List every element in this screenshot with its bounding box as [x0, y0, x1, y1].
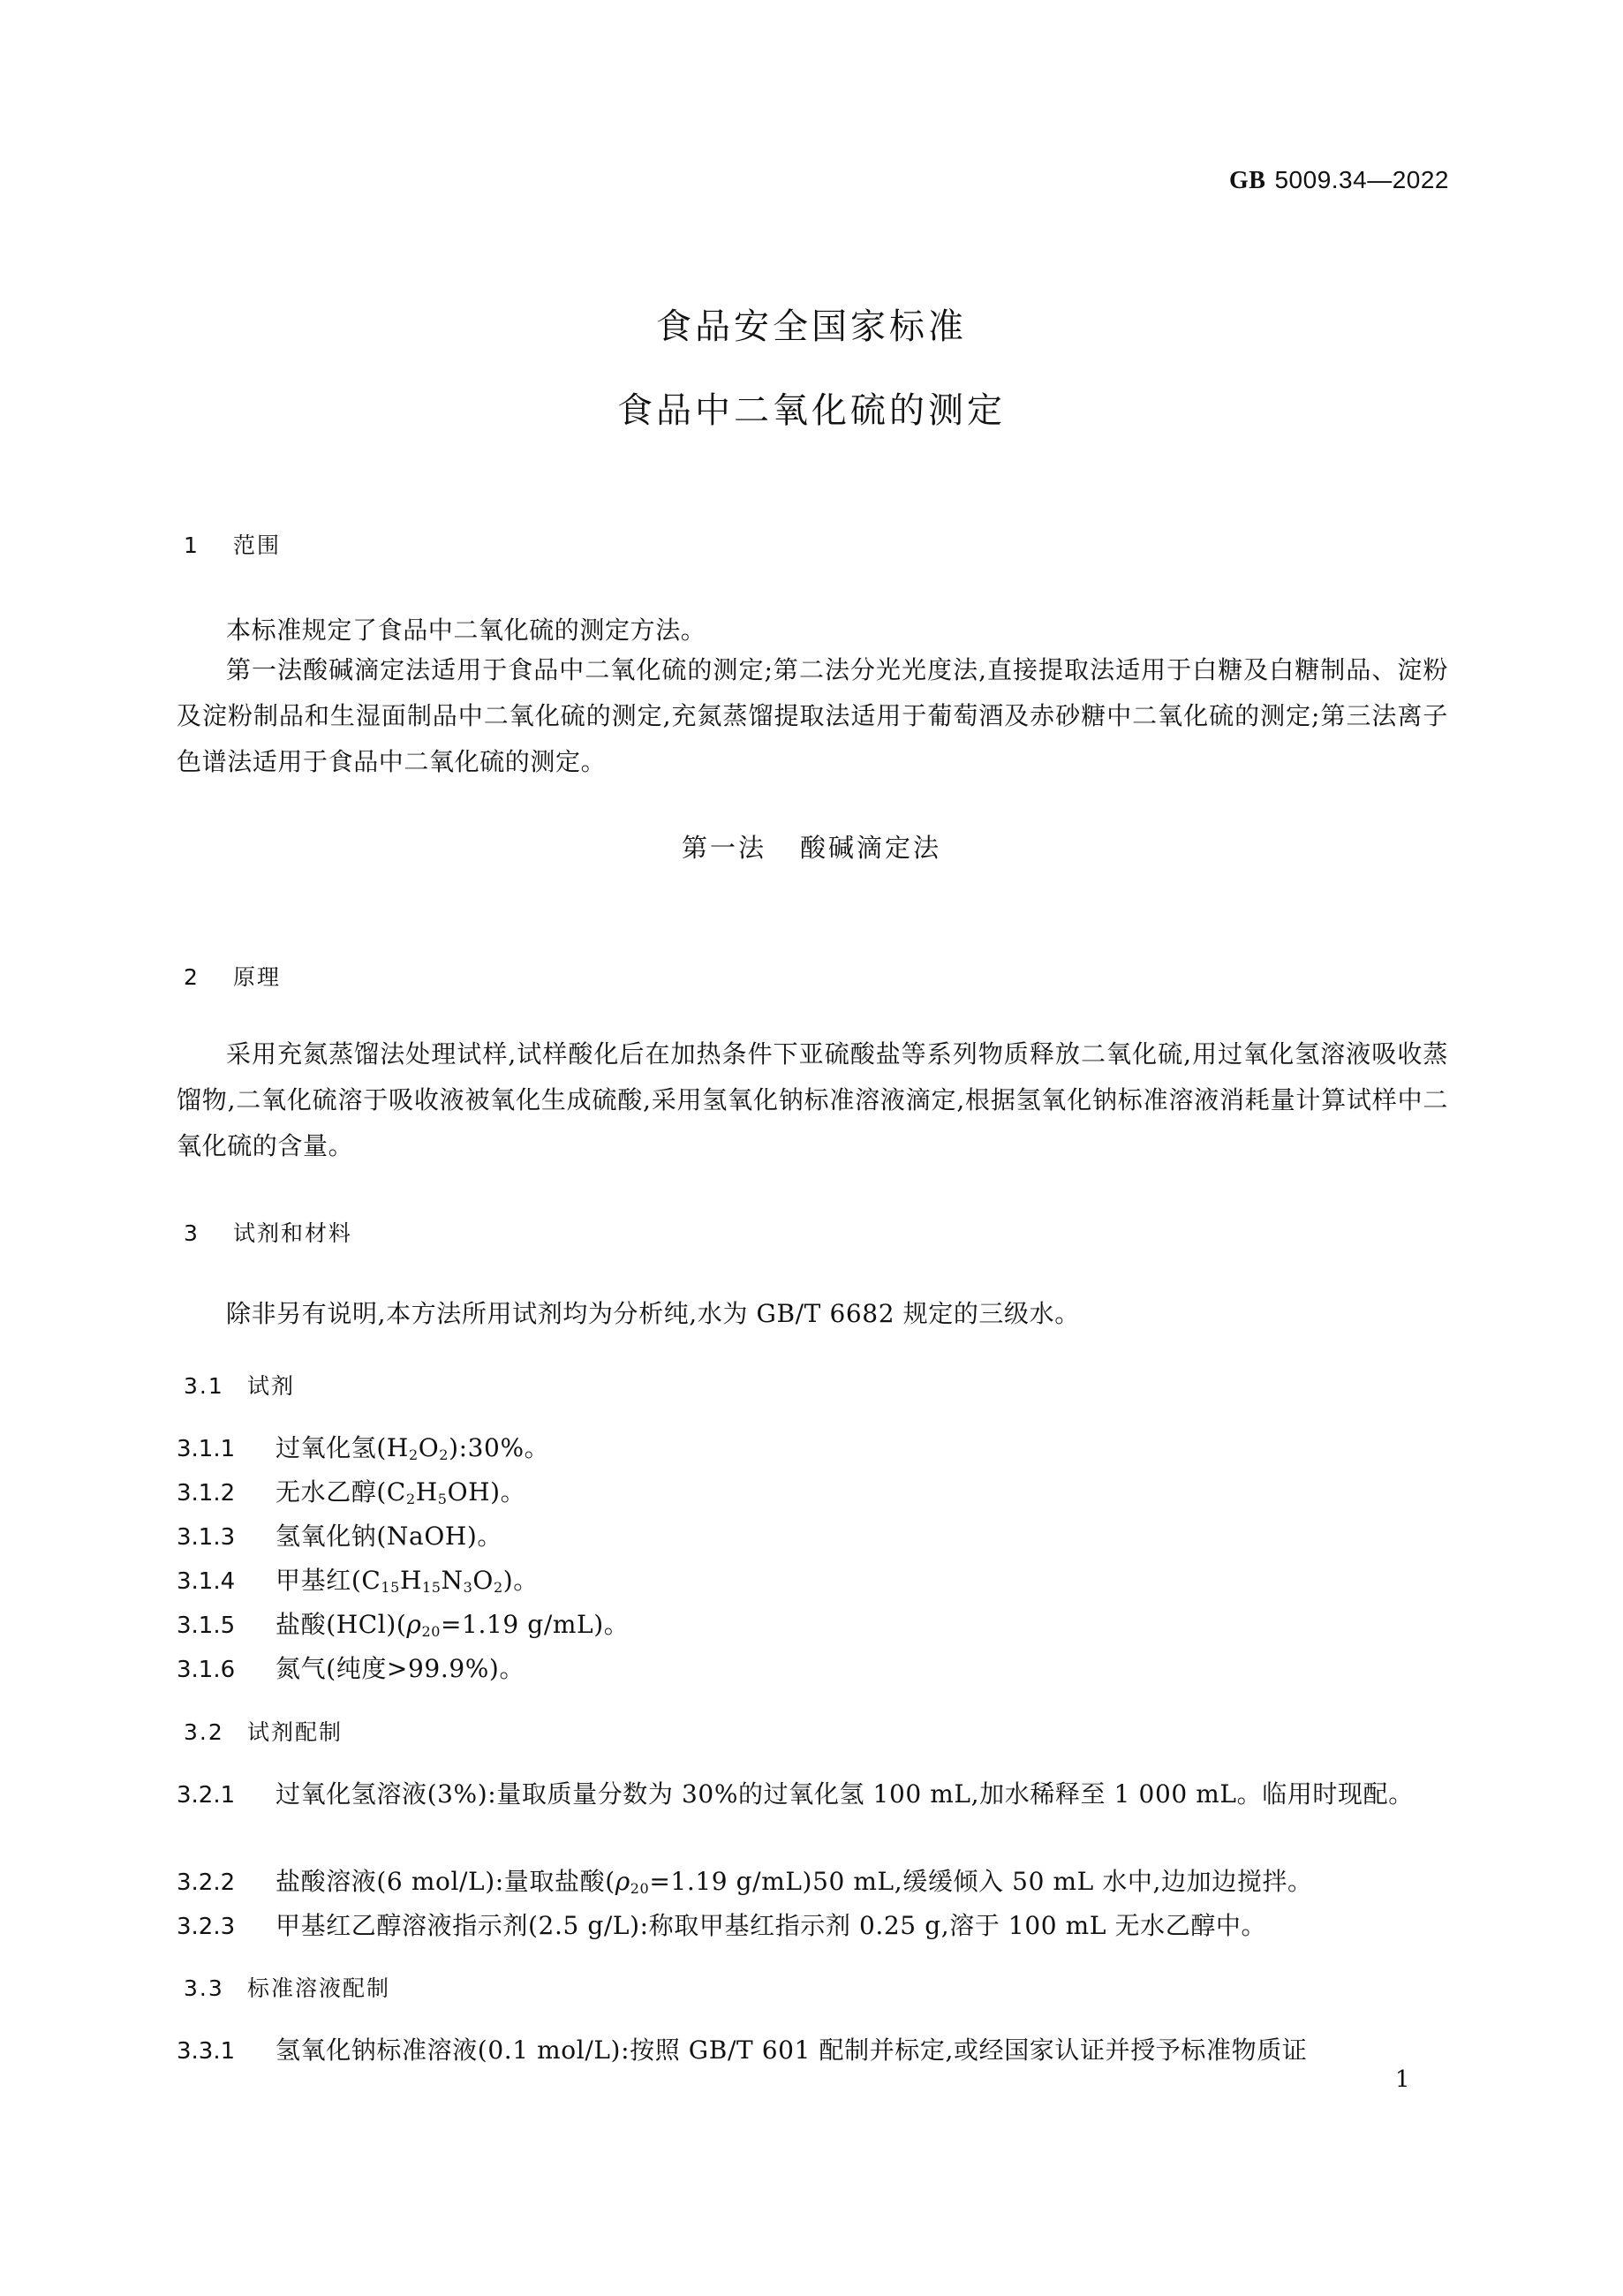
reagent-formula: (NaOH)。	[376, 1522, 502, 1551]
section-number: 3	[184, 1220, 233, 1246]
method-title: 第一法酸碱滴定法	[0, 828, 1623, 865]
item-number: 3.1.3	[177, 1514, 276, 1560]
item-text: 盐酸溶液(6 mol/L):量取盐酸(	[276, 1867, 615, 1896]
preparation-item: 3.2.2盐酸溶液(6 mol/L):量取盐酸(ρ20=1.19 g/mL)50…	[177, 1859, 1448, 1906]
subsection-title: 试剂	[247, 1373, 295, 1399]
reagent-item: 3.1.2无水乙醇(C2H5OH)。	[177, 1469, 1448, 1516]
section-heading-2: 2原理	[184, 960, 281, 992]
preparation-item: 3.2.3甲基红乙醇溶液指示剂(2.5 g/L):称取甲基红指示剂 0.25 g…	[177, 1903, 1448, 1950]
reagent-item: 3.1.3氢氧化钠(NaOH)。	[177, 1514, 1448, 1560]
subsection-title: 试剂配制	[247, 1719, 343, 1745]
formula-part: (H	[376, 1433, 409, 1462]
preparation-item: 3.2.1过氧化氢溶液(3%):量取质量分数为 30%的过氧化氢 100 mL,…	[177, 1771, 1448, 1818]
rho-subscript: 20	[421, 1623, 441, 1640]
item-number: 3.2.2	[177, 1860, 276, 1906]
formula-subscript: 15	[381, 1579, 400, 1596]
section-number: 1	[184, 532, 233, 558]
standard-solution-item: 3.3.1氢氧化钠标准溶液(0.1 mol/L):按照 GB/T 601 配制并…	[177, 2028, 1448, 2074]
reagent-name: 氢氧化钠	[276, 1522, 376, 1551]
formula-part: (C	[376, 1477, 406, 1507]
section-title: 范围	[233, 532, 281, 558]
document-title-line2: 食品中二氧化硫的测定	[0, 382, 1623, 433]
formula-part: H	[416, 1477, 438, 1507]
reagent-name: 无水乙醇	[276, 1477, 376, 1507]
formula-subscript: 2	[409, 1446, 419, 1463]
formula-subscript: 5	[438, 1491, 448, 1507]
subsection-number: 3.1	[184, 1373, 247, 1399]
method-name: 酸碱滴定法	[800, 833, 941, 863]
formula-part: =1.19 g/mL)。	[441, 1610, 629, 1639]
section-heading-3: 3试剂和材料	[184, 1216, 352, 1248]
reagent-name: 过氧化氢	[276, 1433, 376, 1462]
section-heading-1: 1范围	[184, 528, 281, 560]
item-text: 甲基红乙醇溶液指示剂(2.5 g/L):称取甲基红指示剂 0.25 g,溶于 1…	[276, 1911, 1266, 1940]
reagent-name: 氮气	[276, 1654, 326, 1683]
formula-subscript: 2	[439, 1446, 449, 1463]
reagent-spec: (纯度>99.9%)。	[326, 1654, 525, 1683]
rho-symbol: ρ	[615, 1867, 630, 1896]
subsection-heading-3-3: 3.3标准溶液配制	[184, 1971, 390, 2003]
formula-part: (C	[351, 1566, 381, 1595]
method-label: 第一法	[682, 833, 766, 863]
reagent-item: 3.1.5盐酸(HCl)(ρ20=1.19 g/mL)。	[177, 1602, 1448, 1649]
page-number: 1	[1395, 2066, 1410, 2093]
subsection-title: 标准溶液配制	[247, 1975, 390, 2001]
formula-subscript: 3	[464, 1579, 473, 1596]
reagents-intro-paragraph: 除非另有说明,本方法所用试剂均为分析纯,水为 GB/T 6682 规定的三级水。	[177, 1291, 1448, 1337]
item-text: =1.19 g/mL)50 mL,缓缓倾入 50 mL 水中,边加边搅拌。	[649, 1867, 1312, 1896]
item-number: 3.3.1	[177, 2028, 276, 2074]
formula-part: )。	[503, 1566, 539, 1595]
formula-subscript: 15	[422, 1579, 442, 1596]
rho-symbol: ρ	[406, 1610, 421, 1639]
subsection-number: 3.3	[184, 1975, 247, 2001]
reagent-item: 3.1.6氮气(纯度>99.9%)。	[177, 1646, 1448, 1693]
scope-paragraph-2: 第一法酸碱滴定法适用于食品中二氧化硫的测定;第二法分光光度法,直接提取法适用于白…	[177, 647, 1448, 785]
formula-part: N	[442, 1566, 464, 1595]
standard-prefix: GB	[1229, 167, 1265, 194]
item-text: 过氧化氢溶液(3%):量取质量分数为 30%的过氧化氢 100 mL,加水稀释至…	[276, 1779, 1414, 1809]
standard-number: 5009.34—2022	[1274, 166, 1449, 193]
section-title: 原理	[233, 964, 281, 990]
item-text: 氢氧化钠标准溶液(0.1 mol/L):按照 GB/T 601 配制并标定,或经…	[276, 2035, 1307, 2065]
formula-part: OH)。	[448, 1477, 526, 1507]
formula-part: H	[400, 1566, 422, 1595]
formula-part: (HCl)(	[326, 1610, 406, 1639]
reagent-name: 盐酸	[276, 1610, 326, 1639]
section-number: 2	[184, 964, 233, 990]
subsection-number: 3.2	[184, 1719, 247, 1745]
section-title: 试剂和材料	[233, 1220, 352, 1246]
item-number: 3.1.1	[177, 1426, 276, 1472]
item-number: 3.2.1	[177, 1772, 276, 1818]
document-title-line1: 食品安全国家标准	[0, 298, 1623, 349]
standard-code: GB5009.34—2022	[1229, 166, 1449, 195]
reagent-name: 甲基红	[276, 1566, 351, 1595]
item-number: 3.1.4	[177, 1559, 276, 1605]
subsection-heading-3-1: 3.1试剂	[184, 1369, 295, 1401]
formula-part: O	[472, 1566, 494, 1595]
formula-subscript: 2	[494, 1579, 503, 1596]
item-number: 3.1.6	[177, 1647, 276, 1693]
subsection-heading-3-2: 3.2试剂配制	[184, 1715, 343, 1747]
reagent-item: 3.1.1过氧化氢(H2O2):30%。	[177, 1425, 1448, 1472]
rho-subscript: 20	[630, 1880, 650, 1897]
principle-paragraph: 采用充氮蒸馏法处理试样,试样酸化后在加热条件下亚硫酸盐等系列物质释放二氧化硫,用…	[177, 1031, 1448, 1169]
formula-part: ):30%。	[449, 1433, 549, 1462]
formula-subscript: 2	[406, 1491, 416, 1507]
item-number: 3.1.2	[177, 1470, 276, 1516]
formula-part: O	[419, 1433, 440, 1462]
reagent-item: 3.1.4甲基红(C15H15N3O2)。	[177, 1558, 1448, 1605]
item-number: 3.2.3	[177, 1904, 276, 1950]
item-number: 3.1.5	[177, 1603, 276, 1649]
